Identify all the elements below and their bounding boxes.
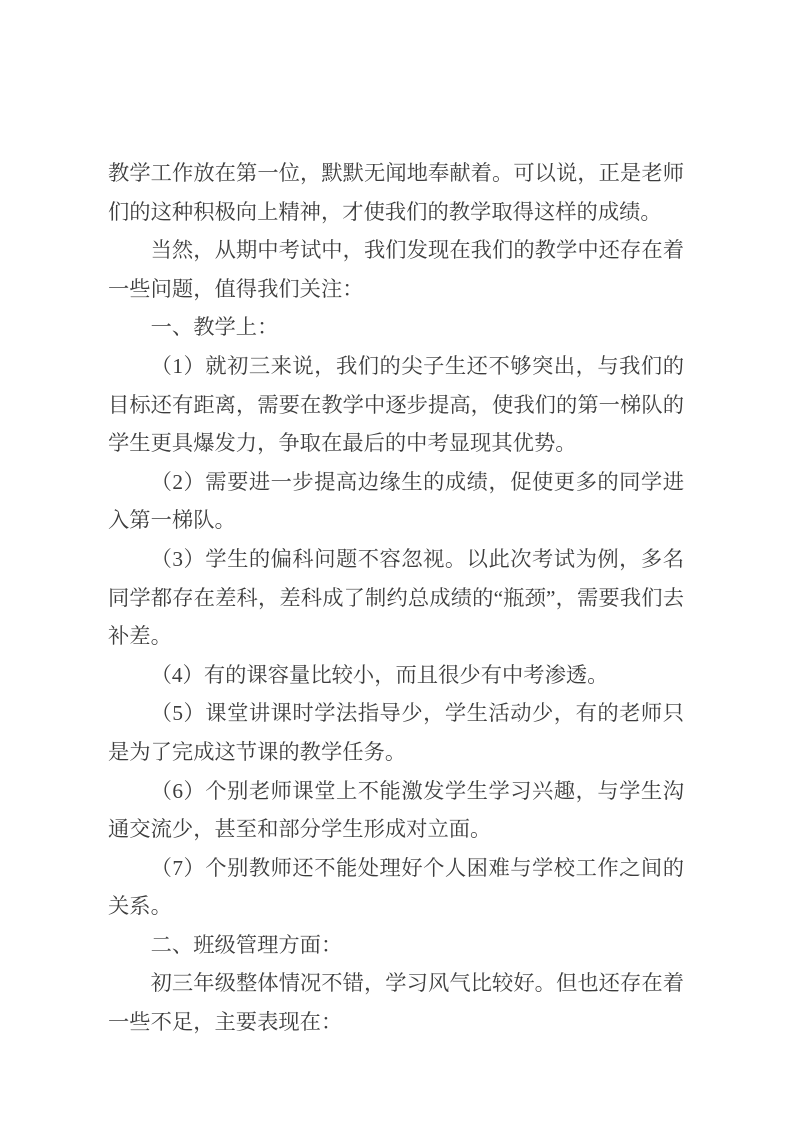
paragraph-continuation: 教学工作放在第一位，默默无闻地奉献着。可以说，正是老师们的这种积极向上精神，才使… <box>108 154 684 231</box>
section-heading-class-management: 二、班级管理方面： <box>108 926 684 965</box>
list-item-6: （6）个别老师课堂上不能激发学生学习兴趣，与学生沟通交流少，甚至和部分学生形成对… <box>108 772 684 849</box>
list-item-2: （2）需要进一步提高边缘生的成绩，促使更多的同学进入第一梯队。 <box>108 463 684 540</box>
paragraph: 初三年级整体情况不错，学习风气比较好。但也还存在着一些不足，主要表现在： <box>108 964 684 1041</box>
list-item-3: （3）学生的偏科问题不容忽视。以此次考试为例，多名同学都存在差科，差科成了制约总… <box>108 540 684 656</box>
document-page: 教学工作放在第一位，默默无闻地奉献着。可以说，正是老师们的这种积极向上精神，才使… <box>0 0 793 1122</box>
list-item-1: （1）就初三来说，我们的尖子生还不够突出，与我们的目标还有距离，需要在教学中逐步… <box>108 347 684 463</box>
paragraph: 当然，从期中考试中，我们发现在我们的教学中还存在着一些问题，值得我们关注： <box>108 231 684 308</box>
list-item-4: （4）有的课容量比较小，而且很少有中考渗透。 <box>108 656 684 695</box>
list-item-5: （5）课堂讲课时学法指导少，学生活动少，有的老师只是为了完成这节课的教学任务。 <box>108 694 684 771</box>
list-item-7: （7）个别教师还不能处理好个人困难与学校工作之间的关系。 <box>108 849 684 926</box>
document-body: 教学工作放在第一位，默默无闻地奉献着。可以说，正是老师们的这种积极向上精神，才使… <box>108 154 684 1042</box>
section-heading-teaching: 一、教学上： <box>108 308 684 347</box>
